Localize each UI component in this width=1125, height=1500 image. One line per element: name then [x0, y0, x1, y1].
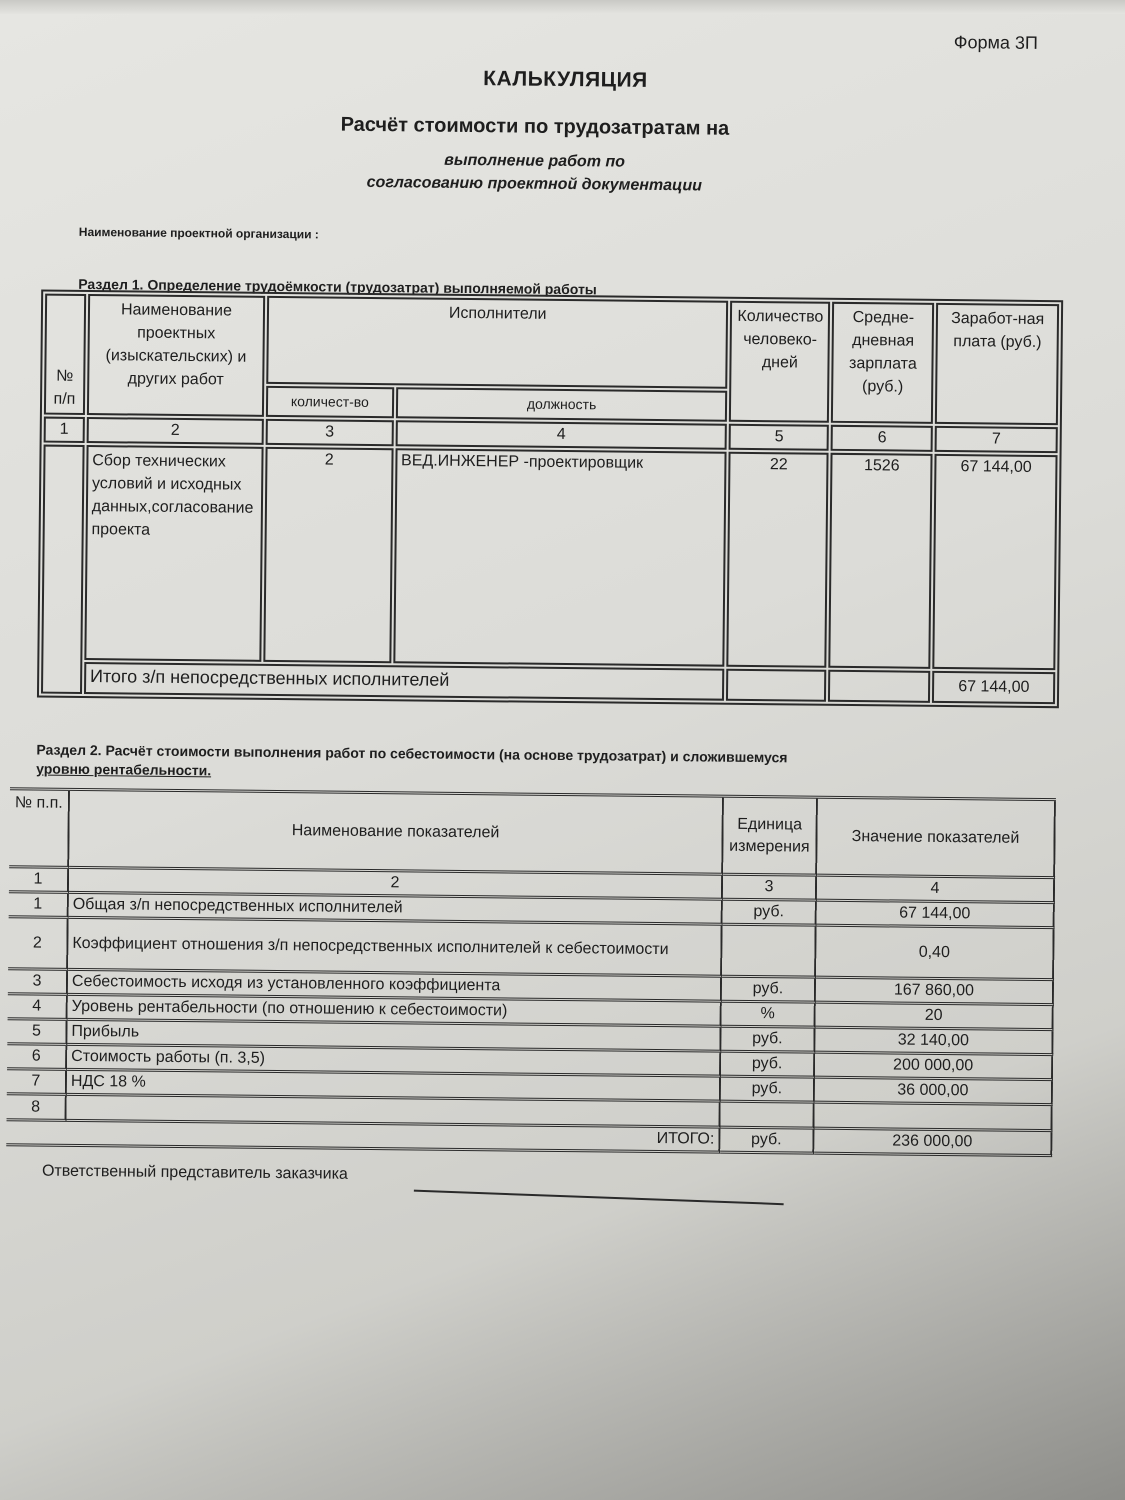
row-unit — [720, 1103, 814, 1130]
grand-total-unit: руб. — [720, 1129, 814, 1155]
row-value: 32 140,00 — [815, 1029, 1053, 1056]
section2-table: № п.п. Наименование показателей Единица … — [6, 787, 1056, 1157]
total-wage: 67 144,00 — [932, 671, 1055, 704]
col-number-3: 3 — [723, 876, 817, 902]
row-num: 4 — [8, 995, 68, 1021]
header-num: № п.п. — [9, 790, 70, 869]
header-value: Значение показателей — [817, 799, 1056, 879]
row-num: 7 — [7, 1070, 67, 1096]
row-value: 200 000,00 — [815, 1054, 1053, 1081]
row-value: 20 — [816, 1004, 1054, 1031]
row-value: 0,40 — [816, 927, 1055, 981]
header-work-name: Наименование проектных (изыскательских) … — [87, 294, 265, 417]
row-name: Коэффициент отношения з/п непосредственн… — [68, 919, 723, 978]
row-unit: % — [722, 1003, 816, 1029]
header-executors-position: должность — [396, 387, 728, 421]
row-value: 67 144,00 — [817, 902, 1055, 929]
header-unit: Единица измерения — [723, 798, 818, 877]
header-num: № п/п — [44, 294, 86, 415]
section1-table: № п/п Наименование проектных (изыскатель… — [39, 292, 1061, 707]
col-number-4: 4 — [817, 877, 1055, 904]
section2-title-part2: уровню рентабельности. — [36, 760, 211, 778]
signature-line[interactable] — [414, 1190, 784, 1206]
row-num: 1 — [9, 893, 69, 919]
row-unit: руб. — [721, 1053, 815, 1079]
col-number-1: 1 — [9, 868, 69, 894]
row-num: 2 — [8, 918, 69, 971]
row-value: 167 860,00 — [816, 979, 1054, 1006]
row-unit: руб. — [723, 901, 817, 927]
signature-label: Ответственный представитель заказчика — [42, 1163, 348, 1184]
col-number-6: 6 — [831, 425, 933, 452]
total-person-days — [726, 669, 826, 702]
table-row: Сбор технических условий и исходных данн… — [41, 445, 1057, 671]
col-number-2: 2 — [86, 417, 263, 445]
row-num: 6 — [7, 1045, 67, 1071]
row-num: 5 — [7, 1020, 67, 1046]
col-number-7: 7 — [935, 426, 1058, 453]
row-count: 2 — [263, 447, 393, 663]
col-number-5: 5 — [729, 424, 829, 451]
document-title: КАЛЬКУЛЯЦИЯ — [5, 62, 1095, 97]
row-num: 3 — [8, 970, 68, 996]
row-value — [814, 1104, 1052, 1132]
document-subtitle: Расчёт стоимости по трудозатратам на — [5, 110, 1065, 144]
header-indicator-name: Наименование показателей — [69, 791, 724, 876]
header-executors-count: количест-во — [266, 386, 394, 418]
row-value: 36 000,00 — [815, 1079, 1053, 1106]
row-unit: руб. — [721, 1028, 815, 1054]
grand-total-value: 236 000,00 — [814, 1130, 1052, 1157]
header-person-days: Количество человеко-дней — [729, 301, 830, 423]
col-number-3: 3 — [266, 419, 394, 446]
total-label: Итого з/п непосредственных исполнителей — [84, 662, 725, 701]
header-wage: Заработ-ная плата (руб.) — [935, 303, 1059, 425]
row-avg-daily-wage: 1526 — [829, 453, 933, 669]
col-number-1: 1 — [44, 417, 85, 443]
row-unit: руб. — [722, 978, 816, 1004]
header-avg-daily-wage: Средне-дневная зарплата (руб.) — [831, 302, 934, 424]
row-unit — [722, 926, 817, 979]
calculation-document: Форма 3П КАЛЬКУЛЯЦИЯ Расчёт стоимости по… — [0, 0, 1125, 1500]
row-wage: 67 144,00 — [933, 454, 1058, 670]
organization-label: Наименование проектной организации : — [79, 225, 319, 242]
section2-title: Раздел 2. Расчёт стоимости выполнения ра… — [36, 740, 1036, 788]
row-num: 8 — [7, 1095, 67, 1122]
col-number-4: 4 — [395, 420, 727, 449]
row-person-days: 22 — [727, 452, 829, 668]
row-unit: руб. — [721, 1078, 815, 1104]
form-number: Форма 3П — [954, 32, 1038, 54]
header-executors: Исполнители — [266, 296, 728, 389]
row-work-name: Сбор технических условий и исходных данн… — [84, 445, 263, 662]
total-avg-daily-wage — [828, 670, 930, 703]
row-position: ВЕД.ИНЖЕНЕР -проектировщик — [393, 448, 727, 666]
row-num — [41, 445, 84, 694]
